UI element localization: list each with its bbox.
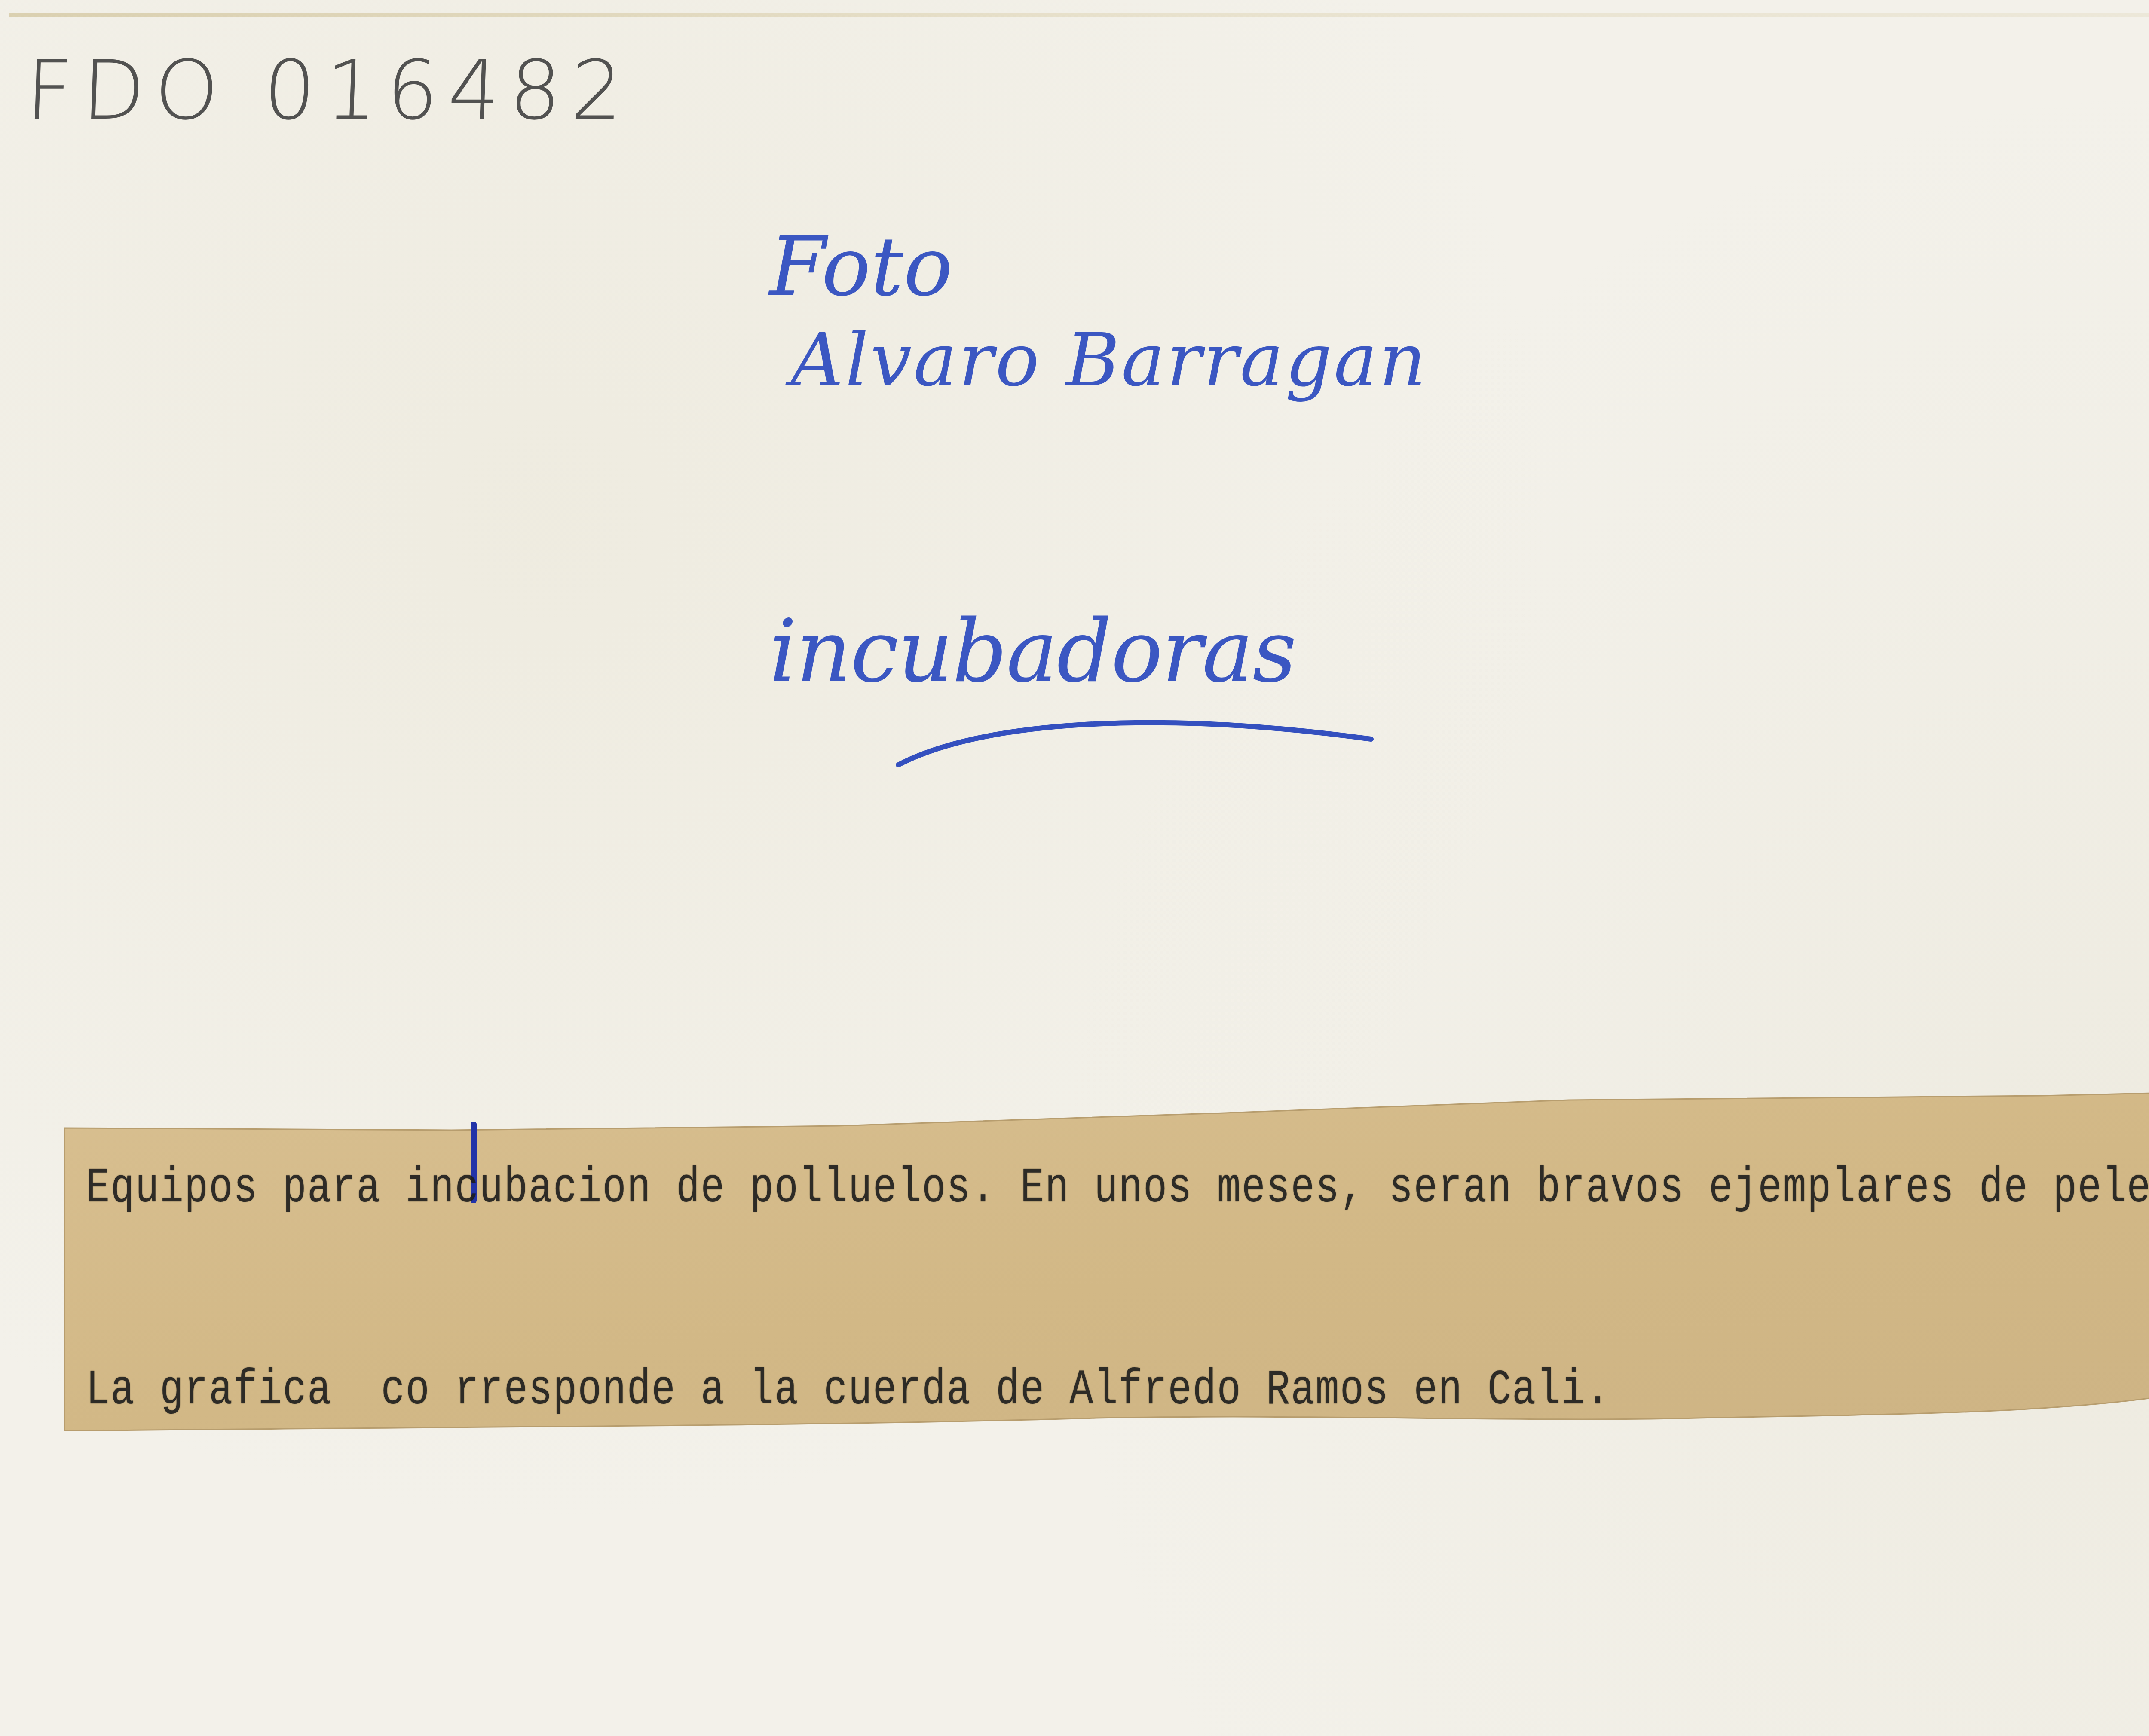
caption-line-1: Equipos para incubacion de polluelos. En… bbox=[86, 1160, 2149, 1216]
handwritten-subject: incubadoras bbox=[769, 602, 1296, 702]
catalog-id: FDO 016482 bbox=[24, 43, 634, 138]
photo-back-sheet: FDO 016482 Foto Alvaro Barragan incubado… bbox=[0, 0, 2149, 1736]
caption-line-2: La grafica co rresponde a la cuerda de A… bbox=[86, 1362, 1610, 1418]
handwritten-photographer: Alvaro Barragan bbox=[791, 318, 1428, 403]
handwritten-foto-label: Foto bbox=[769, 219, 953, 314]
typed-caption-clipping: Equipos para incubacion de polluelos. En… bbox=[64, 1087, 2149, 1431]
underline-stroke-icon bbox=[894, 713, 1375, 769]
aged-top-edge bbox=[9, 13, 2149, 17]
